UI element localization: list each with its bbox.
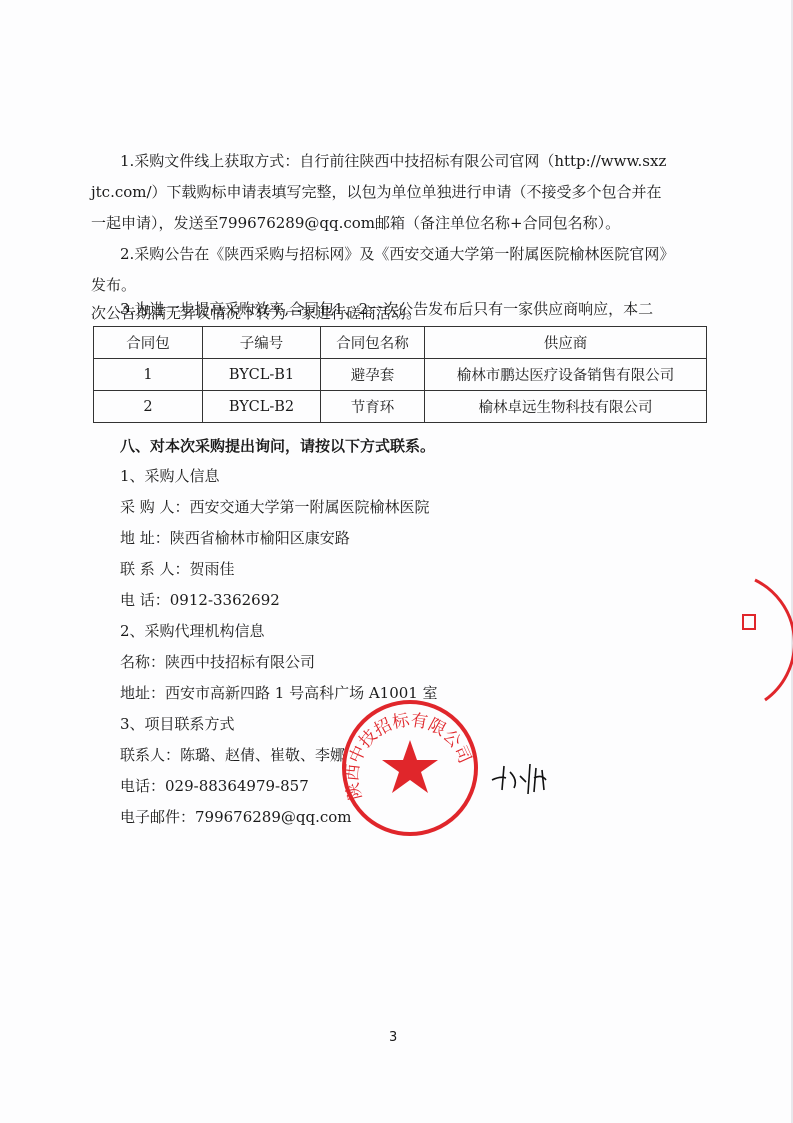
para2-line2: 发布。	[91, 275, 136, 295]
table-row: 2 BYCL-B2 节育环 榆林卓远生物科技有限公司	[94, 391, 707, 423]
para1-line3: 一起申请），发送至799676289@qq.com邮箱（备注单位名称+合同包名称…	[91, 213, 620, 233]
supplier-table: 合同包 子编号 合同包名称 供应商 1 BYCL-B1 避孕套 榆林市鹏达医疗设…	[93, 326, 707, 423]
table-cell: 榆林卓远生物科技有限公司	[425, 391, 707, 423]
table-header: 合同包名称	[321, 327, 425, 359]
agency-name: 名称：陕西中技招标有限公司	[120, 652, 315, 672]
signature-icon	[490, 758, 555, 798]
table-cell: BYCL-B1	[203, 359, 321, 391]
purchaser-title: 1、采购人信息	[120, 466, 220, 486]
table-header: 子编号	[203, 327, 321, 359]
table-cell: 榆林市鹏达医疗设备销售有限公司	[425, 359, 707, 391]
company-seal-icon: 陕西中技招标有限公司	[340, 698, 480, 838]
table-cell: 1	[94, 359, 203, 391]
project-title: 3、项目联系方式	[120, 714, 235, 734]
table-header-row: 合同包 子编号 合同包名称 供应商	[94, 327, 707, 359]
project-phone: 电话：029-88364979-857	[120, 776, 309, 796]
purchaser-phone: 电 话：0912-3362692	[120, 590, 280, 610]
para3-line2: 次公告期满无异议情况下转为一家进行磋商活动。	[91, 303, 421, 323]
purchaser-name: 采 购 人：西安交通大学第一附属医院榆林医院	[120, 497, 430, 517]
table-row: 1 BYCL-B1 避孕套 榆林市鹏达医疗设备销售有限公司	[94, 359, 707, 391]
page-number: 3	[389, 1030, 397, 1045]
table-header: 合同包	[94, 327, 203, 359]
table-cell: BYCL-B2	[203, 391, 321, 423]
purchaser-address: 地 址：陕西省榆林市榆阳区康安路	[120, 528, 350, 548]
table-cell: 避孕套	[321, 359, 425, 391]
para2-line1: 2.采购公告在《陕西采购与招标网》及《西安交通大学第一附属医院榆林医院官网》	[120, 244, 674, 264]
project-email: 电子邮件：799676289@qq.com	[120, 807, 352, 827]
contact-heading: 八、对本次采购提出询问，请按以下方式联系。	[120, 436, 435, 456]
purchaser-contact: 联 系 人：贺雨佳	[120, 559, 235, 579]
seal-fragment-icon	[735, 575, 793, 705]
para1-line2: jtc.com/）下载购标申请表填写完整，以包为单位单独进行申请（不接受多个包合…	[91, 182, 662, 202]
table-header: 供应商	[425, 327, 707, 359]
table-cell: 节育环	[321, 391, 425, 423]
agency-title: 2、采购代理机构信息	[120, 621, 265, 641]
project-contact: 联系人：陈璐、赵倩、崔敬、李娜	[120, 745, 345, 765]
para1-line1: 1.采购文件线上获取方式：自行前往陕西中技招标有限公司官网（http://www…	[120, 151, 666, 171]
table-cell: 2	[94, 391, 203, 423]
